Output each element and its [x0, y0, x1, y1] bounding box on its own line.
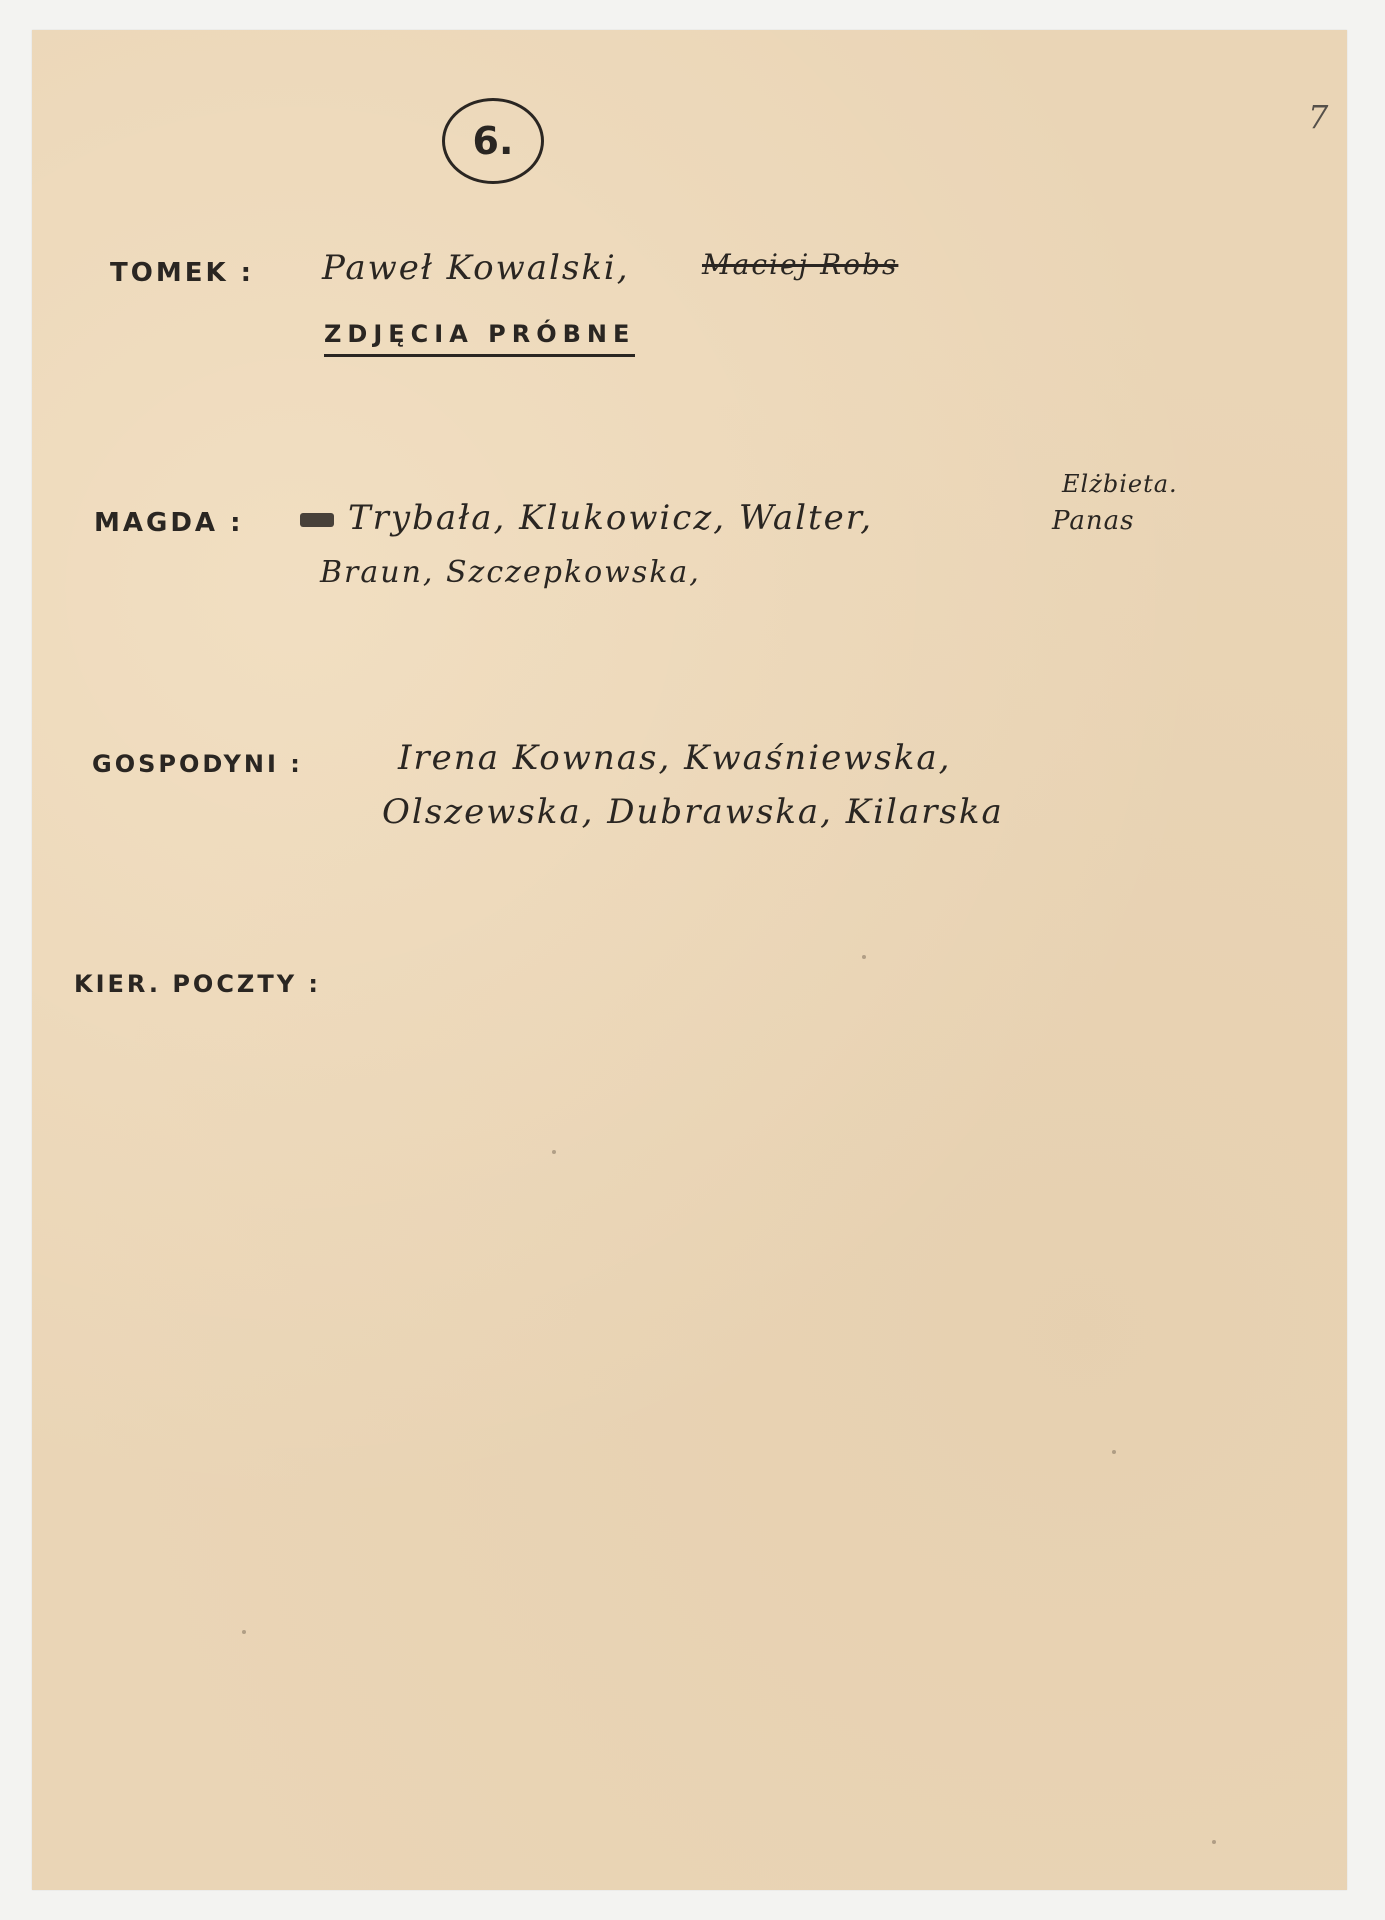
paper-speck: [242, 1630, 246, 1634]
label-tomek: TOMEK :: [110, 258, 254, 288]
scan-background: 6. 7 TOMEK : Paweł Kowalski, Maciej Robs…: [0, 0, 1385, 1920]
magda-names-1: Trybała, Klukowicz, Walter,: [348, 498, 873, 538]
label-gospodyni: GOSPODYNI :: [92, 750, 303, 778]
magda-first-name-above: Elżbieta.: [1062, 470, 1178, 498]
screen-test-note: ZDJĘCIA PRÓBNE: [324, 320, 635, 357]
magda-extra-surname: Panas: [1052, 506, 1134, 536]
paper-speck: [552, 1150, 556, 1154]
gospodyni-line-2: Olszewska, Dubrawska, Kilarska: [382, 792, 1004, 832]
magda-line-2: Braun, Szczepkowska,: [320, 555, 701, 590]
label-kier-poczty: KIER. POCZTY :: [74, 970, 321, 998]
label-magda: MAGDA :: [94, 508, 244, 538]
section-number: 6.: [473, 119, 514, 163]
paper-sheet: 6. 7 TOMEK : Paweł Kowalski, Maciej Robs…: [32, 30, 1347, 1890]
scribble-mark: [300, 513, 334, 527]
paper-speck: [1112, 1450, 1116, 1454]
section-number-circled: 6.: [442, 98, 544, 184]
gospodyni-line-1: Irena Kownas, Kwaśniewska,: [398, 738, 951, 778]
tomek-actor-name: Paweł Kowalski,: [322, 248, 630, 288]
page-number: 7: [1308, 98, 1328, 136]
magda-line-1: Trybała, Klukowicz, Walter,: [300, 498, 873, 538]
tomek-struck-name: Maciej Robs: [702, 248, 898, 281]
paper-speck: [862, 955, 866, 959]
paper-speck: [1212, 1840, 1216, 1844]
